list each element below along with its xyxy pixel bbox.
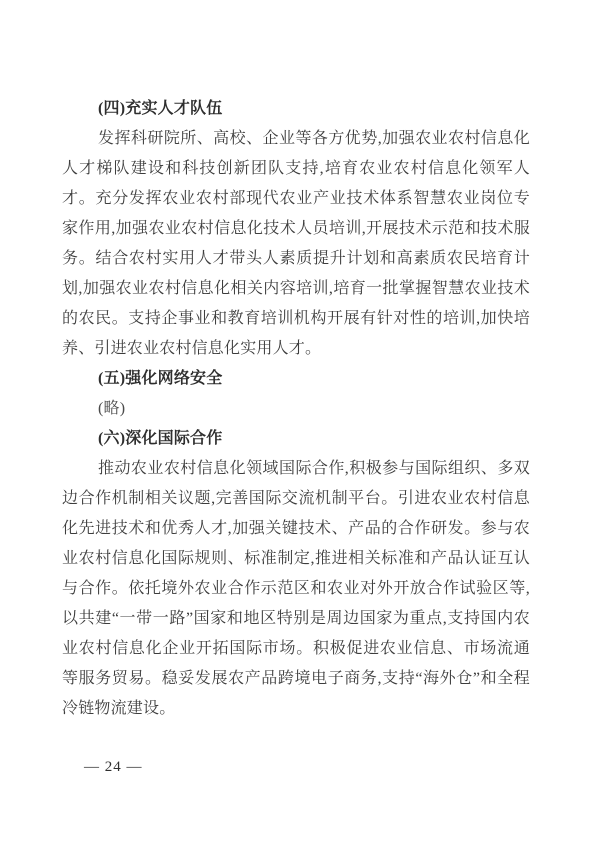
section-heading-5-network-security: (五)强化网络安全: [62, 364, 530, 394]
page-footer: — 24 —: [84, 757, 143, 777]
paragraph-talent-team: 发挥科研院所、高校、企业等各方优势,加强农业农村信息化人才梯队建设和科技创新团队…: [62, 124, 530, 364]
section-heading-6-international-cooperation: (六)深化国际合作: [62, 424, 530, 454]
document-page: (四)充实人才队伍 发挥科研院所、高校、企业等各方优势,加强农业农村信息化人才梯…: [0, 0, 600, 848]
omitted-note: (略): [62, 394, 530, 424]
section-heading-4-talent: (四)充实人才队伍: [62, 94, 530, 124]
page-number: — 24 —: [84, 759, 143, 775]
paragraph-international-cooperation: 推动农业农村信息化领域国际合作,积极参与国际组织、多双边合作机制相关议题,完善国…: [62, 454, 530, 724]
document-content: (四)充实人才队伍 发挥科研院所、高校、企业等各方优势,加强农业农村信息化人才梯…: [62, 94, 530, 724]
